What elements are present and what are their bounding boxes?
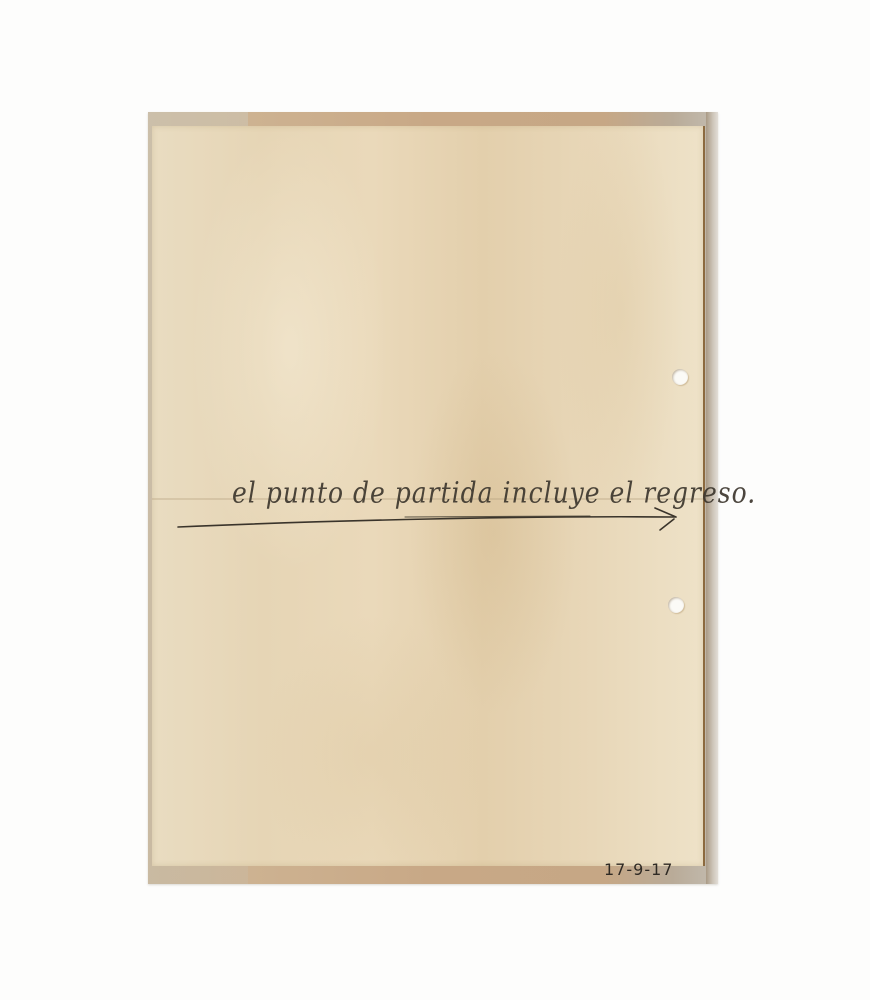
punched-hole-top bbox=[672, 369, 688, 385]
punched-hole-bottom bbox=[668, 597, 684, 613]
handwritten-date: 17-9-17 bbox=[604, 860, 673, 879]
arrow-icon bbox=[170, 505, 690, 545]
